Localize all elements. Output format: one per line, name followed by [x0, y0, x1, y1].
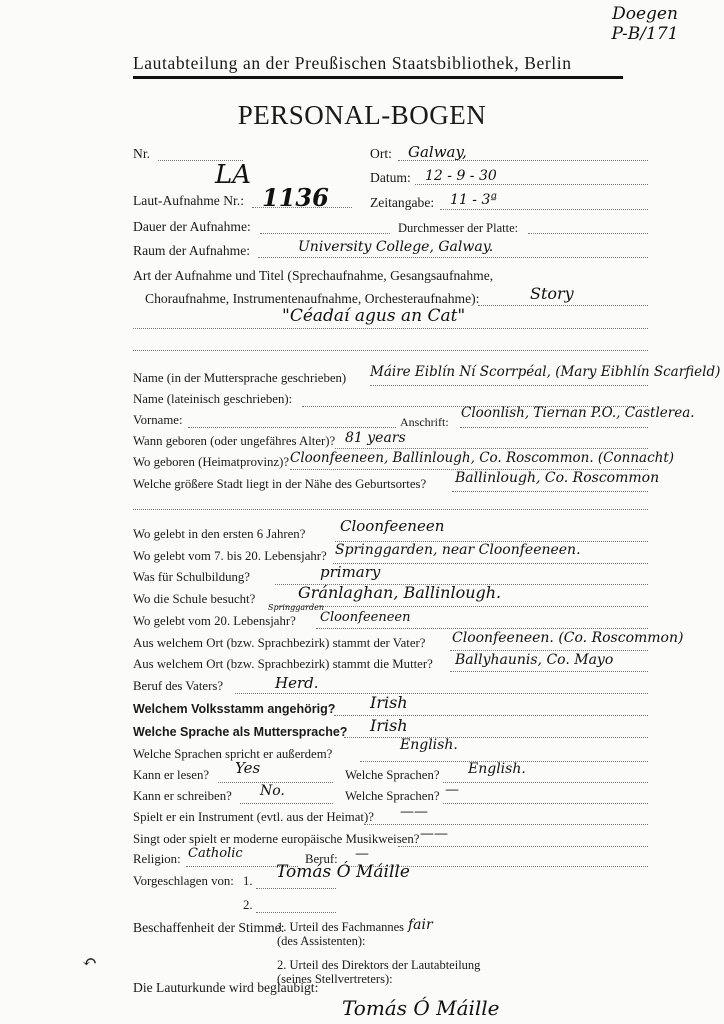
- geboren-wann-label: Wann geboren (oder ungefähres Alter)?: [133, 434, 335, 449]
- page-title: PERSONAL-BOGEN: [0, 100, 724, 131]
- datum-field[interactable]: [415, 184, 648, 185]
- musik-field[interactable]: [398, 846, 648, 847]
- lesen-label: Kann er lesen?: [133, 768, 209, 783]
- gelebt-7-20-label: Wo gelebt vom 7. bis 20. Lebensjahr?: [133, 549, 327, 564]
- schreiben-label: Kann er schreiben?: [133, 789, 232, 804]
- stadt-label: Welche größere Stadt liegt in der Nähe d…: [133, 477, 426, 492]
- lesen-sprachen-label: Welche Sprachen?: [345, 768, 440, 783]
- vater-ort-field[interactable]: [450, 650, 648, 651]
- art-field[interactable]: [478, 305, 648, 306]
- nr-value: LA: [215, 160, 251, 190]
- urteil-1-line-1: 1. Urteil des Fachmannes: [277, 920, 404, 934]
- datum-label: Datum:: [370, 170, 411, 186]
- anschrift-field[interactable]: [460, 427, 648, 428]
- vorname-field[interactable]: [188, 427, 396, 428]
- religion-label: Religion:: [133, 852, 181, 867]
- geboren-wann-field[interactable]: [335, 448, 648, 449]
- vorgeschlagen-1-field[interactable]: [256, 888, 336, 889]
- laut-aufnahme-label: Laut-Aufnahme Nr.:: [133, 193, 244, 209]
- urteil-2-line-1: 2. Urteil des Direktors der Lautabteilun…: [277, 958, 480, 972]
- header-rule: [133, 76, 623, 79]
- raum-field[interactable]: [258, 257, 648, 258]
- muttersprache-label: Welche Sprache als Muttersprache?: [133, 725, 347, 739]
- schulbildung-value: primary: [320, 563, 380, 581]
- art-label-line-1: Art der Aufnahme und Titel (Sprechaufnah…: [133, 268, 493, 284]
- geboren-wo-value: Cloonfeeneen, Ballinlough, Co. Roscommon…: [290, 450, 674, 466]
- ort-value: Galway,: [408, 143, 467, 161]
- art-value: Story: [530, 284, 574, 303]
- gelebt-20-value: Cloonfeeneen: [320, 610, 410, 625]
- signature: Tomás Ó Máille: [342, 996, 500, 1020]
- name-mutter-label: Name (in der Muttersprache geschrieben): [133, 371, 346, 386]
- stadt-field[interactable]: [452, 491, 648, 492]
- titel-value: "Céadaí agus an Cat": [282, 306, 465, 326]
- archive-ref-line-2: P-B/171: [600, 24, 690, 44]
- instrument-value: ——: [400, 804, 428, 820]
- schreiben-field[interactable]: [240, 803, 333, 804]
- schulbildung-label: Was für Schulbildung?: [133, 570, 250, 585]
- mutter-ort-label: Aus welchem Ort (bzw. Sprachbezirk) stam…: [133, 657, 433, 672]
- gelebt-6-label: Wo gelebt in den ersten 6 Jahren?: [133, 527, 305, 542]
- schreiben-value: No.: [260, 783, 285, 799]
- muttersprache-field[interactable]: [344, 737, 648, 738]
- dauer-label: Dauer der Aufnahme:: [133, 219, 251, 235]
- anschrift-value: Cloonlish, Tiernan P.O., Castlerea.: [461, 405, 695, 421]
- lesen-value: Yes: [235, 759, 260, 777]
- beruf-value: —: [355, 846, 369, 862]
- mutter-ort-field[interactable]: [450, 671, 648, 672]
- instrument-field[interactable]: [364, 824, 648, 825]
- titel-field[interactable]: [133, 328, 648, 329]
- gelebt-6-value: Cloonfeeneen: [340, 517, 444, 535]
- stadt-value: Ballinlough, Co. Roscommon: [455, 470, 659, 486]
- schreiben-sprachen-value: —: [445, 782, 459, 798]
- nr-label: Nr.: [133, 146, 150, 162]
- institution-name: Lautabteilung an der Preußischen Staatsb…: [133, 53, 572, 74]
- durchmesser-label: Durchmesser der Platte:: [398, 221, 518, 236]
- name-mutter-field[interactable]: [370, 385, 648, 386]
- instrument-label: Spielt er ein Instrument (evtl. aus der …: [133, 810, 374, 825]
- schule-value: Gránlaghan, Ballinlough.: [298, 583, 501, 602]
- titel-extra-line[interactable]: [133, 350, 648, 351]
- gelebt-20-insert: Springgarden: [268, 603, 324, 612]
- beruf-vater-label: Beruf des Vaters?: [133, 679, 223, 694]
- name-latein-label: Name (lateinisch geschrieben):: [133, 392, 292, 407]
- anschrift-label: Anschrift:: [400, 415, 449, 430]
- schreiben-sprachen-label: Welche Sprachen?: [345, 789, 440, 804]
- stimme-label: Beschaffenheit der Stimme:: [133, 920, 285, 936]
- zeitangabe-value: 11 - 3ª: [450, 192, 497, 208]
- vorgeschlagen-2-field[interactable]: [256, 912, 336, 913]
- raum-label: Raum der Aufnahme:: [133, 243, 250, 259]
- beruf-vater-field[interactable]: [235, 693, 648, 694]
- vater-ort-value: Cloonfeeneen. (Co. Roscommon): [452, 630, 683, 646]
- mutter-ort-value: Ballyhaunis, Co. Mayo: [455, 652, 613, 668]
- dauer-field[interactable]: [260, 233, 390, 234]
- vorgeschlagen-1-value: Tomás Ó Máille: [276, 862, 410, 882]
- musik-value: ——: [420, 826, 448, 842]
- musik-label: Singt oder spielt er moderne europäische…: [133, 832, 419, 847]
- margin-mark-icon: ↶: [82, 952, 97, 973]
- gelebt-20-label: Wo gelebt vom 20. Lebensjahr?: [133, 614, 296, 629]
- schule-label: Wo die Schule besucht?: [133, 592, 255, 607]
- durchmesser-field[interactable]: [528, 233, 648, 234]
- datum-value: 12 - 9 - 30: [425, 168, 497, 184]
- sprachen-label: Welche Sprachen spricht er außerdem?: [133, 747, 332, 762]
- geboren-wann-value: 81 years: [345, 430, 406, 446]
- vorgeschlagen-1-num: 1.: [243, 874, 253, 889]
- vater-ort-label: Aus welchem Ort (bzw. Sprachbezirk) stam…: [133, 636, 425, 651]
- sprachen-value: English.: [400, 737, 458, 753]
- urteil-1-line-2: (des Assistenten):: [277, 934, 404, 948]
- religion-value: Catholic: [188, 846, 243, 861]
- volksstamm-value: Irish: [370, 693, 408, 712]
- laut-aufnahme-value: 1136: [262, 183, 329, 212]
- lesen-sprachen-field[interactable]: [443, 782, 648, 783]
- urteil-1-label: 1. Urteil des Fachmannes (des Assistente…: [277, 920, 404, 948]
- schreiben-sprachen-field[interactable]: [443, 803, 648, 804]
- raum-value: University College, Galway.: [298, 239, 493, 255]
- urteil-1-value: fair: [408, 917, 433, 933]
- archive-reference: Doegen P-B/171: [600, 4, 690, 44]
- schule-field[interactable]: [275, 606, 648, 607]
- gelebt-7-20-value: Springgarden, near Cloonfeeneen.: [335, 542, 581, 558]
- vorname-label: Vorname:: [133, 413, 183, 428]
- lesen-sprachen-value: English.: [468, 761, 526, 777]
- gelebt-20-field[interactable]: [316, 628, 648, 629]
- ort-label: Ort:: [370, 146, 392, 162]
- name-mutter-value: Máire Eiblín Ní Scorrpéal, (Mary Eibhlín…: [370, 364, 720, 380]
- archive-ref-line-1: Doegen: [600, 4, 690, 24]
- art-label-line-2: Choraufnahme, Instrumentenaufnahme, Orch…: [145, 291, 479, 307]
- vorgeschlagen-2-num: 2.: [243, 898, 253, 913]
- zeitangabe-field[interactable]: [440, 209, 648, 210]
- stadt-extra-line[interactable]: [133, 509, 648, 510]
- beruf-vater-value: Herd.: [275, 674, 319, 692]
- muttersprache-value: Irish: [370, 716, 408, 735]
- volksstamm-label: Welchem Volksstamm angehörig?: [133, 702, 335, 716]
- beglaubigt-label: Die Lauturkunde wird beglaubigt:: [133, 980, 318, 996]
- vorgeschlagen-label: Vorgeschlagen von:: [133, 874, 234, 889]
- zeitangabe-label: Zeitangabe:: [370, 195, 434, 211]
- geboren-wo-label: Wo geboren (Heimatprovinz)?: [133, 455, 289, 470]
